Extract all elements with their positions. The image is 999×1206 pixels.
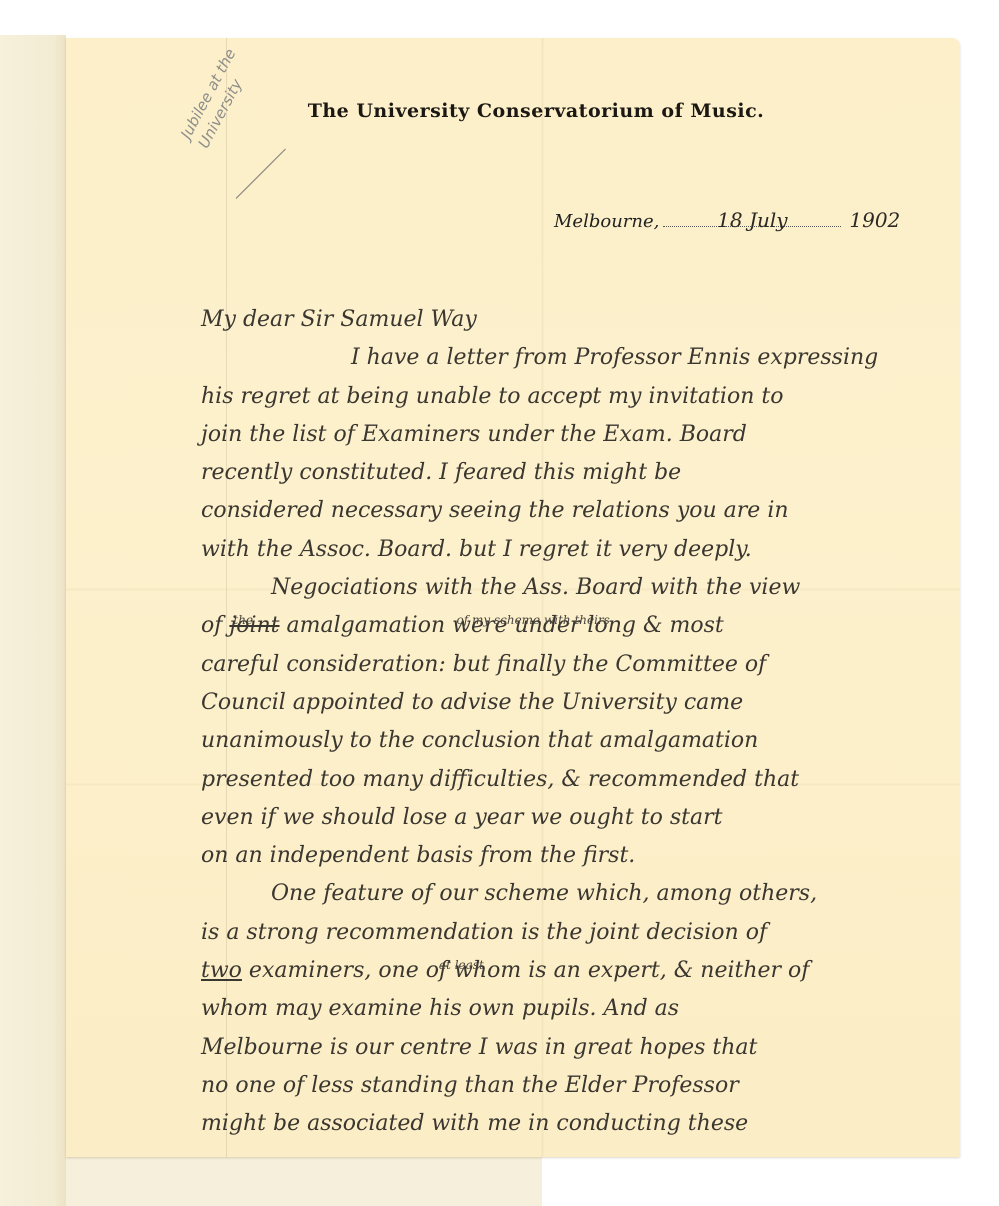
edit-group-3: at least examiners, one of whom is an ex… — [249, 958, 810, 983]
body-line: Melbourne is our centre I was in great h… — [201, 1029, 961, 1067]
body-line: with the Assoc. Board. but I regret it v… — [201, 531, 961, 569]
dateline-dotted-field: 18 July — [663, 208, 841, 227]
dateline-day-month: 18 July — [717, 208, 787, 232]
body-line: even if we should lose a year we ought t… — [201, 799, 961, 837]
body-line: might be associated with me in conductin… — [201, 1105, 961, 1143]
body-line: no one of less standing than the Elder P… — [201, 1067, 961, 1105]
body-line: whom may examine his own pupils. And as — [201, 990, 961, 1028]
body-line-with-edits: of the joint of my scheme with theirs am… — [201, 607, 961, 645]
dateline-year: 1902 — [849, 208, 900, 232]
body-line: is a strong recommendation is the joint … — [201, 914, 961, 952]
body-line: recently constituted. I feared this migh… — [201, 454, 961, 492]
inserted-phrase: of my scheme with theirs — [457, 601, 610, 639]
body-line: considered necessary seeing the relation… — [201, 492, 961, 530]
salutation: My dear Sir Samuel Way — [201, 301, 961, 339]
edit-group: the joint — [229, 613, 286, 638]
edit-group-2: of my scheme with theirs amalgamation we… — [287, 613, 724, 638]
body-text: examiners, one of whom is an expert, & n… — [249, 958, 810, 983]
line-prefix: of — [201, 613, 222, 638]
underlined-word: two — [201, 958, 242, 983]
inserted-phrase: at least — [439, 946, 484, 984]
body-line-with-edits: two at least examiners, one of whom is a… — [201, 952, 961, 990]
underlying-sheet-bottom — [66, 1157, 542, 1206]
letter-sheet: The University Conservatorium of Music. … — [66, 38, 960, 1157]
dateline-place: Melbourne, — [554, 211, 659, 232]
body-line: Council appointed to advise the Universi… — [201, 684, 961, 722]
body-line: his regret at being unable to accept my … — [201, 378, 961, 416]
underlying-sheet-left — [0, 35, 66, 1206]
body-line: unanimously to the conclusion that amalg… — [201, 722, 961, 760]
body-line: I have a letter from Professor Ennis exp… — [201, 339, 961, 377]
body-line: careful consideration: but finally the C… — [201, 646, 961, 684]
body-line: presented too many difficulties, & recom… — [201, 761, 961, 799]
body-line: One feature of our scheme which, among o… — [201, 875, 961, 913]
inserted-word: the — [233, 601, 253, 639]
body-line: on an independent basis from the first. — [201, 837, 961, 875]
letterhead-title: The University Conservatorium of Music. — [286, 100, 786, 122]
body-line: join the list of Examiners under the Exa… — [201, 416, 961, 454]
pencil-stroke — [236, 149, 286, 199]
dateline: Melbourne, 18 July 1902 — [554, 208, 900, 232]
letter-body: My dear Sir Samuel Way I have a letter f… — [201, 301, 961, 1144]
